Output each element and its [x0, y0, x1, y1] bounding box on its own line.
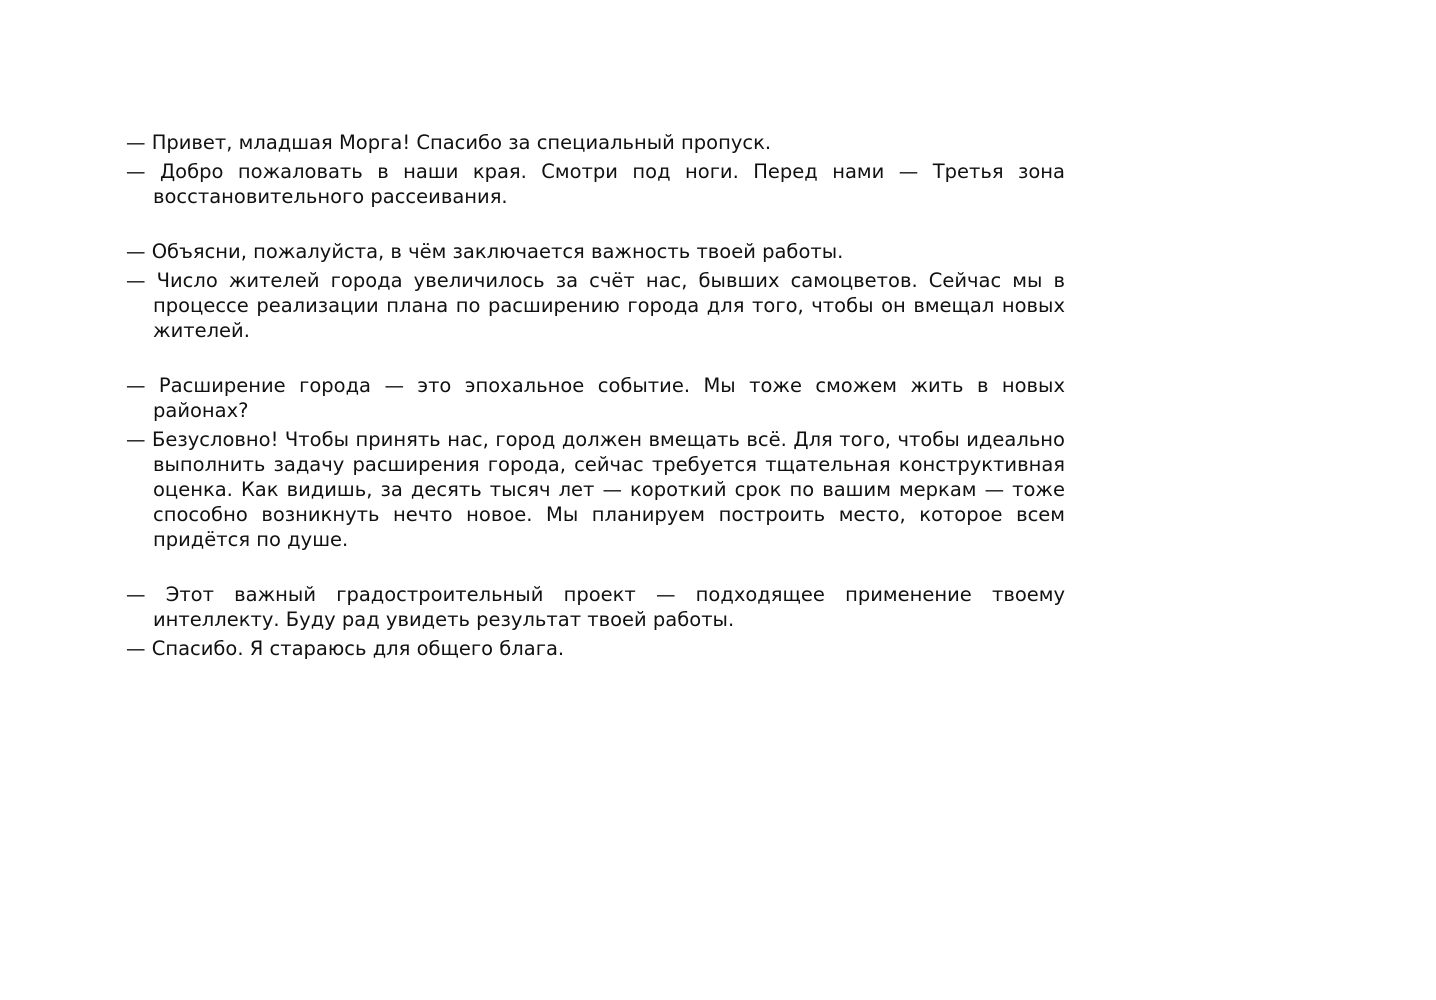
dialogue-line: — Привет, младшая Морга! Спасибо за спец… — [126, 130, 1065, 155]
dialogue-line: — Объясни, пожалуйста, в чём заключается… — [126, 239, 1065, 264]
dialogue-block-1: — Привет, младшая Морга! Спасибо за спец… — [126, 130, 1065, 209]
dialogue-line: — Расширение города — это эпохальное соб… — [126, 373, 1065, 423]
dialogue-block-2: — Объясни, пожалуйста, в чём заключается… — [126, 239, 1065, 343]
dialogue-block-4: — Этот важный градостроительный проект —… — [126, 582, 1065, 661]
document-page: — Привет, младшая Морга! Спасибо за спец… — [126, 130, 1065, 691]
dialogue-line: — Спасибо. Я стараюсь для общего блага. — [126, 636, 1065, 661]
dialogue-line: — Число жителей города увеличилось за сч… — [126, 268, 1065, 343]
dialogue-line: — Безусловно! Чтобы принять нас, город д… — [126, 427, 1065, 552]
dialogue-block-3: — Расширение города — это эпохальное соб… — [126, 373, 1065, 552]
dialogue-line: — Этот важный градостроительный проект —… — [126, 582, 1065, 632]
dialogue-line: — Добро пожаловать в наши края. Смотри п… — [126, 159, 1065, 209]
